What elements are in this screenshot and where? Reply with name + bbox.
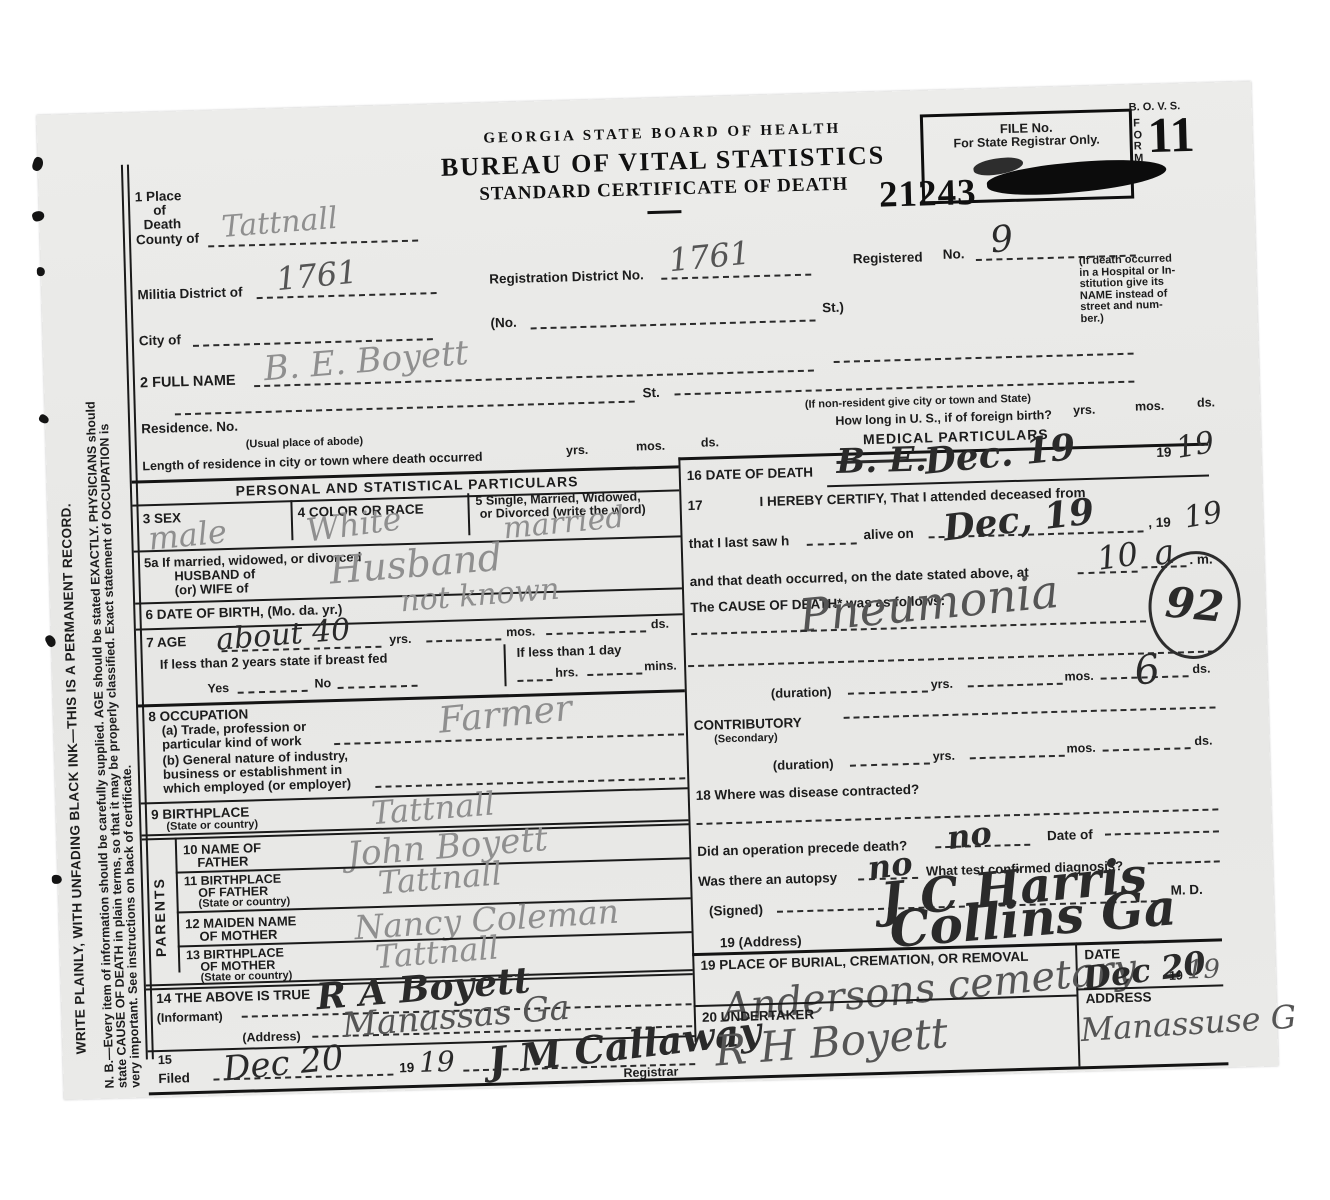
burial-year-value: 19 [1186,956,1220,983]
length-ds: ds. [701,436,719,450]
contributory-line [844,706,1216,718]
contributory-label: CONTRIBUTORY [694,716,802,733]
header-dash [647,210,681,214]
autopsy-label: Was there an autopsy [698,871,837,889]
age-mos: mos. [506,625,536,639]
physician-address-label: 19 (Address) [720,934,802,950]
mins-line [587,672,642,676]
age-ds-line [546,630,646,635]
test-line [1148,860,1220,864]
dateof-line [1105,830,1219,835]
filed-year-value: 19 [419,1048,455,1077]
operation-value: no [945,817,993,855]
form-letter: F [1133,118,1145,130]
no-line [338,685,418,689]
duration-mos-line [968,683,1063,688]
county-value: Tattnall [221,204,339,243]
signed-label: (Signed) [709,903,763,919]
certify-num: 17 [687,499,702,514]
informant-label: (Informant) [157,1010,223,1025]
form-vertical-label: F O R M [1133,118,1146,165]
duration2-yrs: yrs. [933,750,956,764]
hospital-note: (If death occurred in a Hospital or In- … [1079,252,1231,325]
birthplace-value: Tattnall [370,787,496,829]
dateof-label: Date of [1047,828,1093,843]
lastsaw-label-1: that I last saw h [689,534,790,551]
abode-note: (Usual place of abode) [246,436,364,451]
duration-label: (duration) [771,685,832,700]
street-no-line [531,319,816,329]
duration-mos: mos. [1064,670,1094,684]
duration2-ds: ds. [1194,735,1212,749]
cause-code-value: 92 [1164,581,1226,628]
sex-race-divider [290,500,293,540]
certificate-sheet: WRITE PLAINLY, WITH UNFADING BLACK INK—T… [36,81,1278,1100]
duration2-label: (duration) [773,757,834,772]
yes-line [238,690,308,694]
above-is-true-label: 14 THE ABOVE IS TRUE [156,988,310,1006]
filed-num-label: 15 [158,1054,172,1068]
county-label: County of [136,231,199,247]
hrs-label: hrs. [555,666,578,680]
secondary-label: (Secondary) [714,733,778,746]
father-label-2: FATHER [197,855,248,870]
form-number: 11 [1147,105,1196,164]
duration-yrs-line [848,690,928,694]
no-label: No [314,677,331,691]
age-cell-divider [503,644,506,686]
filed-year-printed: 19 [399,1061,414,1076]
date-of-death-label: 16 DATE OF DEATH [687,466,814,484]
lastsaw-year-value: 19 [1182,498,1225,534]
militia-value: 1761 [275,255,359,295]
torn-edge-speck [38,413,51,425]
undertaker-address-value: Manassuse G [1080,1001,1298,1047]
filed-label: Filed [158,1071,190,1086]
duration2-yrs-line [850,762,930,766]
occupation-a-line [334,733,684,745]
date-of-death-struck: B. E. [836,442,927,479]
age-mos-line [426,638,501,642]
length-mos: mos. [636,440,666,454]
duration-ds-value: 6 [1132,649,1163,692]
residence-street-line-1 [175,401,635,416]
breastfed-label: If less than 2 years state if breast fed [160,652,388,672]
fullname-line-2 [834,353,1134,363]
form-letter: M [1134,153,1146,165]
torn-edge-speck [31,210,45,223]
occupation-value: Farmer [437,691,574,740]
certificate-header: GEORGIA STATE BOARD OF HEALTH BUREAU OF … [382,118,944,222]
howlong-mos: mos. [1135,400,1165,414]
occupation-b3: which employed (or employer) [163,777,351,796]
registered-value: 9 [988,221,1015,259]
age-label: 7 AGE [146,635,186,650]
hospital-note-line: ber.) [1080,310,1230,326]
torn-edge-speck [37,267,45,276]
race-marital-divider [467,493,470,535]
torn-edge-speck [52,875,62,884]
mother-label-2: OF MOTHER [199,928,277,944]
stamp-number: 21243 [878,171,977,217]
torn-edge-speck [44,634,57,649]
lastsaw-year-printed: , 19 [1148,516,1171,531]
father-bp-value: Tattnall [377,857,503,899]
place-of-death-block: 1 Place of Death County of [135,189,200,247]
street-close-label: St.) [822,301,844,316]
registered-no-label: No. [943,247,965,262]
mins-label: mins. [644,659,677,673]
duration-yrs: yrs. [931,678,954,692]
lastsaw-line1 [807,542,857,545]
registered-label: Registered [853,250,923,266]
dod-year-value: 19 [1174,428,1217,464]
duration2-mos: mos. [1066,742,1096,756]
lessday-label: If less than 1 day [516,643,621,660]
registration-district-label: Registration District No. [489,268,644,286]
residence-street-line-2 [675,381,1135,396]
residence-label: Residence. No. [141,420,238,437]
registration-district-value: 1761 [667,237,751,277]
duration-ds: ds. [1192,663,1210,677]
howlong-ds: ds. [1197,396,1215,410]
length-residence-label: Length of residence in city or town wher… [142,451,483,474]
fullname-label: 2 FULL NAME [140,374,236,392]
undertaker-address-label: ADDRESS [1085,990,1151,1006]
parents-vertical-label: PARENTS [151,837,169,957]
hrs-line [517,679,552,682]
street-no-label: (No. [490,316,517,331]
age-ds: ds. [651,618,669,632]
husband-label-3: (or) WIFE of [175,581,249,597]
duration2-ds-line [1103,747,1191,751]
length-yrs: yrs. [566,444,589,458]
yes-label: Yes [207,682,229,696]
occurred-time-value: 10 [1095,538,1140,575]
age-yrs: yrs. [389,633,412,647]
occupation-b-line [375,777,685,788]
street-label: St. [642,386,660,401]
disease-contracted-label: 18 Where was disease contracted? [696,783,920,803]
race-value: White [304,502,403,546]
torn-edge-speck [31,156,45,172]
duration2-mos-line [970,755,1065,760]
city-label: City of [139,333,181,348]
parents-inner-divider [175,838,181,973]
howlong-yrs: yrs. [1073,404,1096,418]
lastsaw-label-2: alive on [863,527,914,543]
dod-year-printed: 19 [1156,446,1171,461]
burial-year-printed: 19 [1169,969,1183,983]
md-label: M. D. [1170,883,1203,898]
militia-label: Militia District of [137,285,242,302]
howlong-label: How long in U. S., if of foreign birth? [835,409,1052,428]
